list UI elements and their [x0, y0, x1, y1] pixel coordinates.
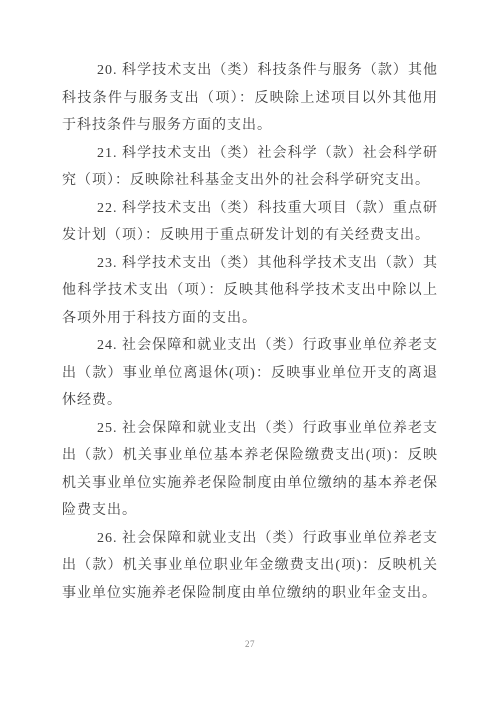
paragraph-item-23: 23. 科学技术支出（类）其他科学技术支出（款）其他科学技术支出（项）：反映其他… — [62, 250, 438, 333]
paragraph-item-22: 22. 科学技术支出（类）科技重大项目（款）重点研发计划（项）：反映用于重点研发… — [62, 195, 438, 250]
page-number: 27 — [0, 639, 500, 649]
paragraph-item-20: 20. 科学技术支出（类）科技条件与服务（款）其他科技条件与服务支出（项）：反映… — [62, 57, 438, 140]
paragraph-item-26: 26. 社会保障和就业支出（类）行政事业单位养老支出（款）机关事业单位职业年金缴… — [62, 525, 438, 608]
paragraph-item-25: 25. 社会保障和就业支出（类）行政事业单位养老支出（款）机关事业单位基本养老保… — [62, 415, 438, 525]
paragraph-item-24: 24. 社会保障和就业支出（类）行政事业单位养老支出（款）事业单位离退休(项)：… — [62, 332, 438, 415]
paragraph-item-21: 21. 科学技术支出（类）社会科学（款）社会科学研究（项）：反映除社科基金支出外… — [62, 140, 438, 195]
document-body: 20. 科学技术支出（类）科技条件与服务（款）其他科技条件与服务支出（项）：反映… — [62, 57, 438, 607]
document-page: 20. 科学技术支出（类）科技条件与服务（款）其他科技条件与服务支出（项）：反映… — [0, 0, 500, 707]
